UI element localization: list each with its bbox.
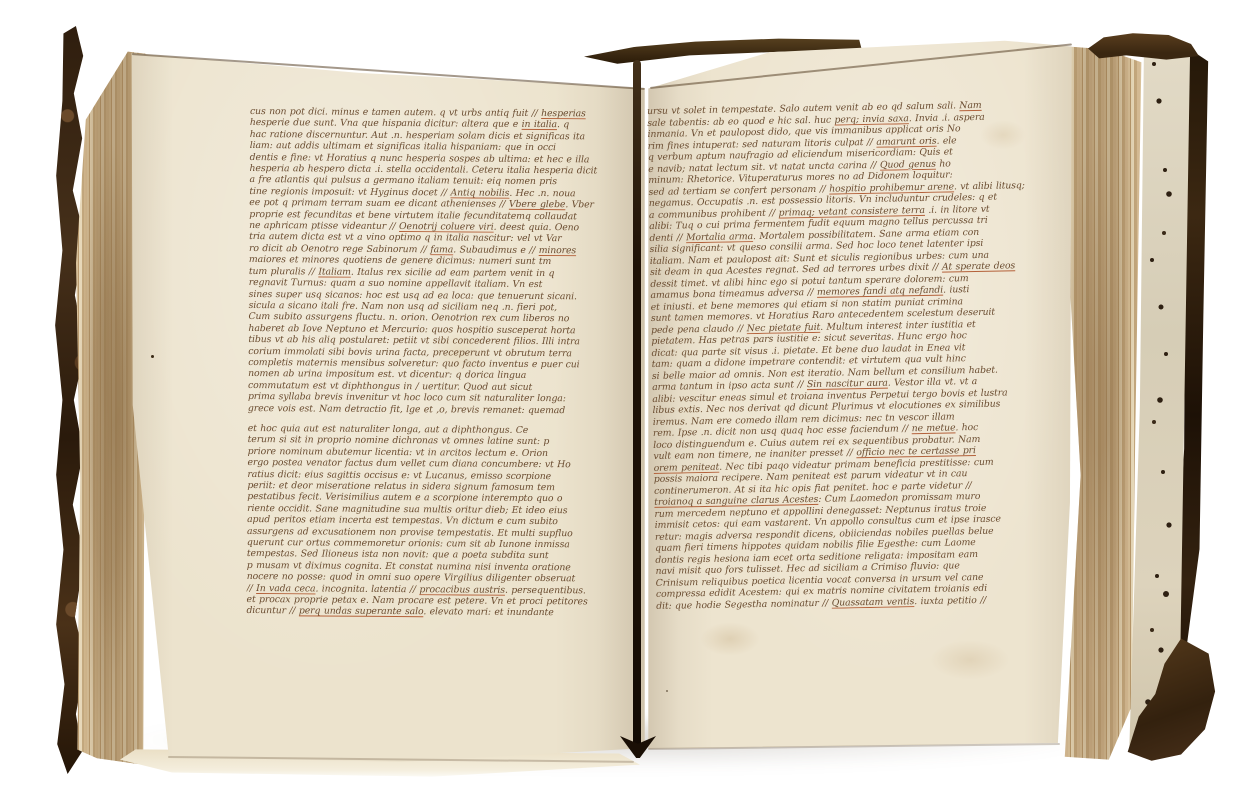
gutter-centre-fold xyxy=(633,60,641,754)
underlined-lemma: Italiam xyxy=(318,266,351,277)
underlined-lemma: Nec pietate fuit xyxy=(747,321,821,333)
underlined-lemma: amarunt oris xyxy=(876,135,936,147)
parchment-stain xyxy=(930,640,1010,680)
underlined-lemma: Vbere glebe xyxy=(509,199,566,210)
manuscript-paragraph: et hoc quia aut est naturaliter longa, a… xyxy=(246,423,625,620)
ink-speck xyxy=(666,690,668,692)
underlined-lemma: Sin nascitur aura xyxy=(807,378,888,390)
parchment-stain xyxy=(700,622,760,656)
underlined-lemma: Nam xyxy=(959,100,981,111)
underlined-lemma: hesperias xyxy=(541,108,586,119)
underlined-lemma: ne metue xyxy=(912,422,956,434)
underlined-lemma: At sperate deos xyxy=(942,260,1015,272)
underlined-lemma: perq undas superante salo xyxy=(299,606,423,618)
underlined-lemma: memores fandi atq nefandi xyxy=(817,285,943,298)
manuscript-paragraph: ursu vt solet in tempestate. Salo autem … xyxy=(647,98,1080,612)
underlined-lemma: in italia xyxy=(522,119,557,130)
underlined-lemma: minores xyxy=(539,245,576,256)
underlined-lemma: Quassatam ventis xyxy=(832,596,915,609)
underlined-lemma: In vada ceca xyxy=(256,583,315,594)
underlined-lemma: officio nec te certasse pri xyxy=(856,445,976,458)
left-page-text: cus non pot dici. minus e tamen autem. q… xyxy=(246,106,628,620)
underlined-lemma: Oenotrij coluere viri xyxy=(399,221,494,233)
underlined-lemma: Quod genus xyxy=(880,158,936,170)
manuscript-paragraph: cus non pot dici. minus e tamen autem. q… xyxy=(248,106,628,417)
wormhole-dots xyxy=(0,0,4,4)
underlined-lemma: perq; invia saxa xyxy=(834,113,909,125)
underlined-lemma: procacibus austris xyxy=(419,584,505,596)
right-page-text: ursu vt solet in tempestate. Salo autem … xyxy=(647,98,1080,612)
manuscript-line: grece vois est. Nam detractio fit, lge e… xyxy=(248,403,626,417)
ink-speck xyxy=(151,355,154,358)
underlined-lemma: orem peniteat xyxy=(654,461,720,473)
underlined-lemma: Antiq nobilis xyxy=(450,187,509,198)
underlined-lemma: fama xyxy=(430,244,453,255)
manuscript-photo: cus non pot dici. minus e tamen autem. q… xyxy=(0,0,1246,800)
underlined-lemma: Mortalia arma xyxy=(686,231,753,243)
